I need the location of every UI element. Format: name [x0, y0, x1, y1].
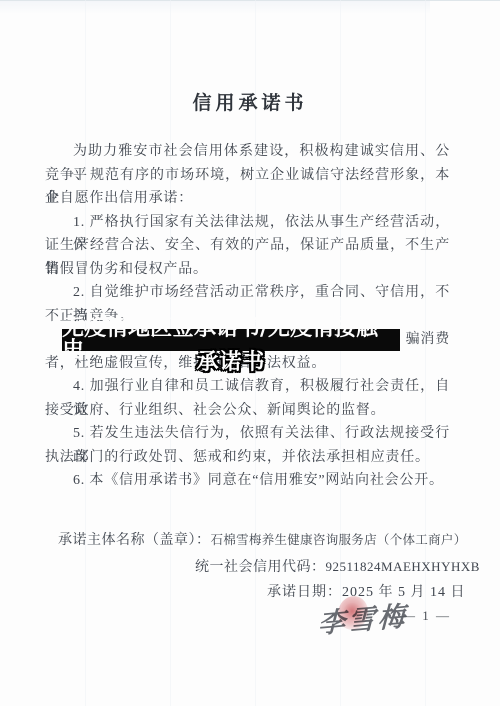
body-line: 执法部门的行政处罚、惩戒和约束，并依法承担相应责任。	[45, 446, 450, 470]
body-line: 4. 加强行业自律和员工诚信教育，积极履行社会责任，自觉	[45, 375, 450, 399]
body-line: 业自愿作出信用承诺：	[45, 187, 450, 211]
body-line: 1. 严格执行国家有关法律法规，依法从事生产经营活动，保	[45, 211, 450, 235]
page-number: — 1 —	[402, 608, 451, 624]
document-page: 信用承诺书 为助力雅安市社会信用体系建设，积极构建诚实信用、公平 竞争、规范有序…	[0, 0, 500, 706]
body-line: 证生产经营合法、安全、有效的产品，保证产品质量，不生产销	[45, 234, 450, 258]
body-line: 6. 本《信用承诺书》同意在“信用雅安”网站向社会公开。	[45, 469, 450, 493]
subject-label: 承诺主体名称（盖章）：	[58, 533, 211, 548]
body-line: 售假冒伪劣和侵权产品。	[45, 258, 450, 282]
body-line: 为助力雅安市社会信用体系建设，积极构建诚实信用、公平	[45, 140, 450, 164]
subject-value: 石棉雪梅养生健康咨询服务店（个体工商户）	[211, 533, 467, 547]
body-line: 接受政府、行业组织、社会公众、新闻舆论的监督。	[45, 399, 450, 423]
credit-code-value: 92511824MAEHXHYHXB	[326, 559, 480, 574]
scan-smudge	[0, 1, 430, 14]
subject-line: 承诺主体名称（盖章）：石棉雪梅养生健康咨询服务店（个体工商户）	[58, 527, 480, 554]
body-line: 不正当竞争。	[45, 305, 450, 329]
body-line-partially-hidden: 骗消费	[45, 328, 450, 352]
body-line: 5. 若发生违法失信行为，依照有关法律、行政法规接受行政	[45, 422, 450, 446]
document-body: 为助力雅安市社会信用体系建设，积极构建诚实信用、公平 竞争、规范有序的市场环境，…	[45, 140, 450, 493]
body-line: 者，杜绝虚假宣传，维护消费者合法权益。	[45, 352, 450, 376]
body-line: 2. 自觉维护市场经营活动正常秩序，重合同、守信用，不搞	[45, 281, 450, 305]
commitment-footer: 承诺主体名称（盖章）：石棉雪梅养生健康咨询服务店（个体工商户） 统一社会信用代码…	[58, 527, 480, 607]
credit-code-line: 统一社会信用代码：92511824MAEHXHYHXB	[58, 554, 480, 581]
body-line: 竞争、规范有序的市场环境，树立企业诚信守法经营形象，本企	[45, 164, 450, 188]
credit-code-label: 统一社会信用代码：	[195, 560, 326, 575]
document-title: 信用承诺书	[0, 88, 500, 115]
